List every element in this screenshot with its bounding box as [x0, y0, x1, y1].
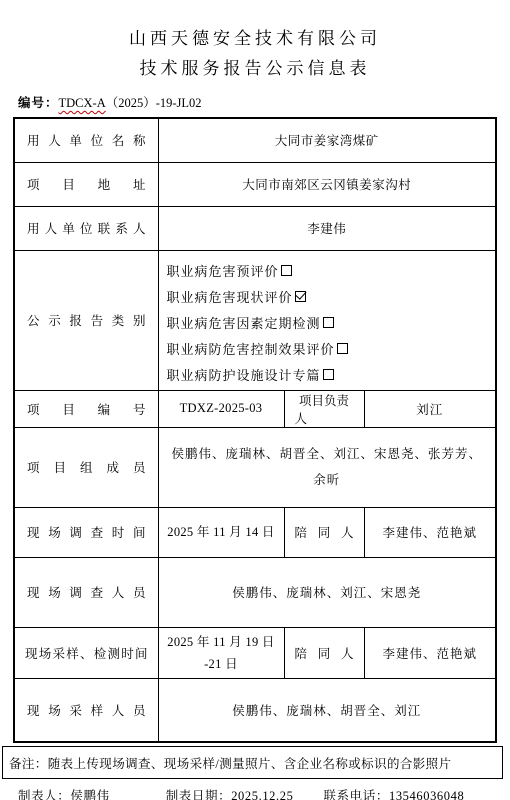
remark-text: 备注：随表上传现场调查、现场采样/测量照片、含企业名称或标识的合影照片: [9, 754, 451, 772]
doc-number-label: 编号：: [18, 96, 59, 110]
project-leader-label: 项目负责人: [284, 390, 364, 427]
report-option-facility-design: 职业病防护设施设计专篇: [167, 361, 496, 387]
sampling-time-label: 现场采样、检测时间: [14, 627, 158, 678]
footer-phone: 联系电话：13546036048: [323, 786, 464, 800]
report-option-pre-evaluation: 职业病危害预评价: [167, 257, 496, 283]
checkbox-status-evaluation[interactable]: [295, 291, 306, 302]
table-row-employer-name: 用人单位名称 大同市姜家湾煤矿: [14, 118, 496, 162]
doc-number-line: 编号：TDCX-A（2025）-19-JL02: [18, 93, 510, 111]
footer-preparer: 制表人：侯鹏伟: [18, 786, 110, 800]
doc-number-code-underlined: TDCX-A: [59, 96, 106, 110]
report-option-label: 职业病防危害控制效果评价: [167, 339, 335, 358]
info-table: 用人单位名称 大同市姜家湾煤矿 项目地址 大同市南郊区云冈镇姜家沟村 用人单位联…: [13, 117, 497, 743]
report-option-label: 职业病危害预评价: [167, 261, 279, 280]
survey-time-value: 2025 年 11 月 14 日: [158, 507, 284, 557]
project-team-value: 侯鹏伟、庞瑞林、胡晋全、刘江、宋恩尧、张芳芳、余昕: [158, 427, 496, 507]
remark-box: 备注：随表上传现场调查、现场采样/测量照片、含企业名称或标识的合影照片: [2, 746, 503, 779]
report-option-label: 职业病危害现状评价: [167, 287, 293, 306]
survey-escort-label: 陪同人: [284, 507, 364, 557]
project-address-value: 大同市南郊区云冈镇姜家沟村: [158, 162, 496, 206]
report-option-periodic-testing: 职业病危害因素定期检测: [167, 309, 496, 335]
project-team-label: 项目组成员: [14, 427, 158, 507]
document-title: 山西天德安全技术有限公司 技术服务报告公示信息表: [0, 0, 510, 84]
employer-contact-label: 用人单位联系人: [14, 206, 158, 250]
table-row-project-number: 项目编号 TDXZ-2025-03 项目负责人 刘江: [14, 390, 496, 427]
employer-name-label: 用人单位名称: [14, 118, 158, 162]
survey-escort-value: 李建伟、范艳斌: [364, 507, 496, 557]
sampling-escort-label: 陪同人: [284, 627, 364, 678]
report-option-label: 职业病危害因素定期检测: [167, 313, 321, 332]
table-row-employer-contact: 用人单位联系人 李建伟: [14, 206, 496, 250]
project-leader-value: 刘江: [364, 390, 496, 427]
table-row-report-category: 公示报告类别 职业病危害预评价 职业病危害现状评价 职业病危害因素定期检测 职业…: [14, 250, 496, 390]
sampling-escort-value: 李建伟、范艳斌: [364, 627, 496, 678]
sampling-staff-label: 现场采样人员: [14, 678, 158, 742]
document-page: 山西天德安全技术有限公司 技术服务报告公示信息表 编号：TDCX-A（2025）…: [0, 0, 510, 800]
checkbox-control-effect[interactable]: [337, 343, 348, 354]
sampling-staff-value: 侯鹏伟、庞瑞林、胡晋全、刘江: [158, 678, 496, 742]
survey-staff-label: 现场调查人员: [14, 557, 158, 627]
footer-date: 制表日期：2025.12.25: [166, 786, 294, 800]
sampling-time-value: 2025 年 11 月 19 日 -21 日: [158, 627, 284, 678]
table-row-project-team: 项目组成员 侯鹏伟、庞瑞林、胡晋全、刘江、宋恩尧、张芳芳、余昕: [14, 427, 496, 507]
checkbox-pre-evaluation[interactable]: [281, 265, 292, 276]
table-row-project-address: 项目地址 大同市南郊区云冈镇姜家沟村: [14, 162, 496, 206]
doc-number-code-rest: （2025）-19-JL02: [106, 96, 202, 110]
project-number-value: TDXZ-2025-03: [158, 390, 284, 427]
table-row-survey-time: 现场调查时间 2025 年 11 月 14 日 陪同人 李建伟、范艳斌: [14, 507, 496, 557]
report-category-options: 职业病危害预评价 职业病危害现状评价 职业病危害因素定期检测 职业病防危害控制效…: [158, 250, 496, 390]
project-address-label: 项目地址: [14, 162, 158, 206]
survey-staff-value: 侯鹏伟、庞瑞林、刘江、宋恩尧: [158, 557, 496, 627]
footer-line: 制表人：侯鹏伟 制表日期：2025.12.25 联系电话：13546036048: [18, 786, 510, 800]
report-option-label: 职业病防护设施设计专篇: [167, 365, 321, 384]
table-row-sampling-time: 现场采样、检测时间 2025 年 11 月 19 日 -21 日 陪同人 李建伟…: [14, 627, 496, 678]
project-number-label: 项目编号: [14, 390, 158, 427]
report-option-control-effect: 职业病防危害控制效果评价: [167, 335, 496, 361]
checkbox-facility-design[interactable]: [323, 369, 334, 380]
title-line-2: 技术服务报告公示信息表: [0, 54, 510, 84]
report-option-status-evaluation: 职业病危害现状评价: [167, 283, 496, 309]
employer-contact-value: 李建伟: [158, 206, 496, 250]
table-row-survey-staff: 现场调查人员 侯鹏伟、庞瑞林、刘江、宋恩尧: [14, 557, 496, 627]
table-row-sampling-staff: 现场采样人员 侯鹏伟、庞瑞林、胡晋全、刘江: [14, 678, 496, 742]
report-category-label: 公示报告类别: [14, 250, 158, 390]
survey-time-label: 现场调查时间: [14, 507, 158, 557]
employer-name-value: 大同市姜家湾煤矿: [158, 118, 496, 162]
title-line-1: 山西天德安全技术有限公司: [0, 24, 510, 54]
checkbox-periodic-testing[interactable]: [323, 317, 334, 328]
